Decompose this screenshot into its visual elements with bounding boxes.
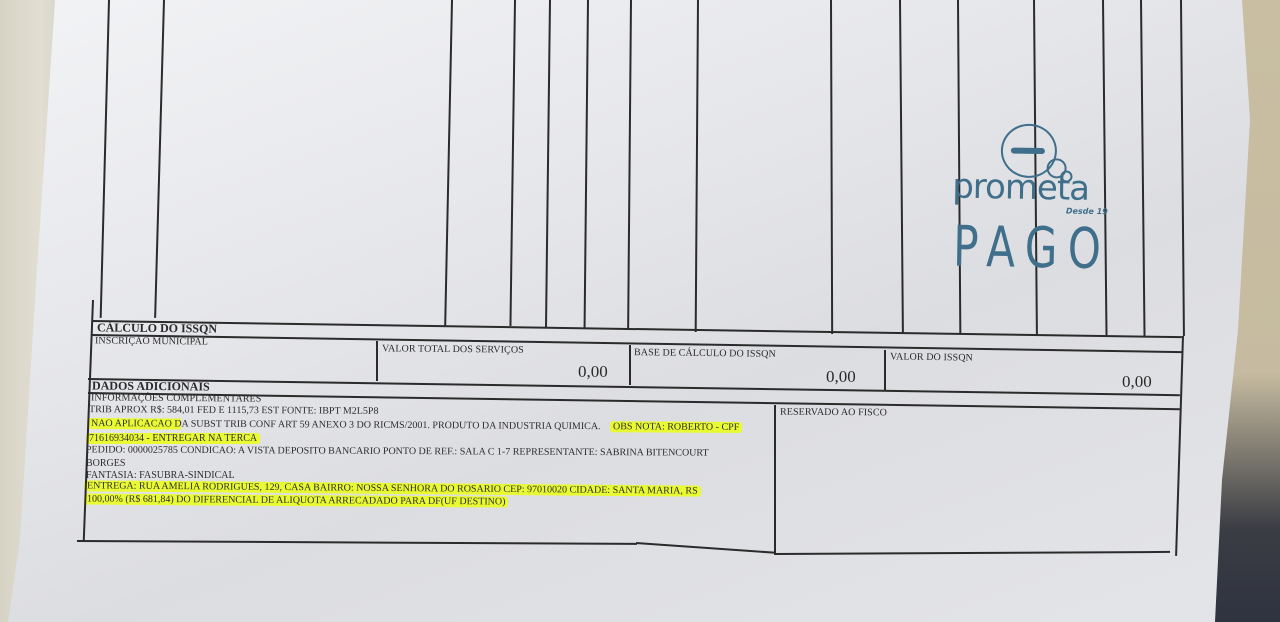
issqn-value: 0,00: [1122, 372, 1152, 392]
info-line-subst-trib: NAO APLICACAO DA SUBST TRIB CONF ART 59 …: [88, 418, 742, 433]
issqn-value-label: VALOR DO ISSQN: [890, 351, 973, 363]
table-column-line: [100, 0, 110, 318]
box-bottom-border: [77, 540, 637, 544]
invoice-paper: prometa Desde 19 PAGO CÁLCULO DO ISSQN I…: [0, 0, 1280, 622]
table-column-line: [154, 0, 164, 318]
section-divider: [92, 320, 1182, 338]
table-column-line: [899, 0, 903, 334]
info-line-order-cont: BORGES: [86, 458, 125, 469]
stamp-since: Desde 19: [1066, 206, 1108, 216]
field-divider: [884, 350, 886, 390]
table-column-line: [584, 0, 589, 328]
stamp-brand: prometa: [952, 167, 1090, 209]
table-column-line: [1180, 0, 1184, 336]
info-line-delivery-note: 71616934034 - ENTREGAR NA TERCA: [86, 433, 260, 444]
field-divider: [629, 345, 631, 385]
field-divider: [376, 341, 378, 381]
table-column-line: [545, 0, 551, 328]
info-line-order: PEDIDO: 0000025785 CONDICAO: A VISTA DEP…: [86, 444, 709, 458]
box-bottom-border: [775, 551, 1170, 555]
complementary-info-label: INFORMAÇÕES COMPLEMENTARES: [91, 392, 262, 404]
table-column-line: [627, 0, 631, 330]
issqn-base-value: 0,00: [826, 367, 856, 387]
table-column-line: [444, 0, 452, 326]
table-column-line: [1140, 0, 1145, 336]
info-line-tax-approx: TRIB APROX R$: 584,01 FED E 1115,73 EST …: [89, 404, 379, 417]
box-right-border: [1175, 336, 1183, 556]
municipal-registration-label: INSCRIÇÃO MUNICIPAL: [95, 335, 208, 347]
total-services-value: 0,00: [578, 362, 608, 382]
reserved-for-tax-label: RESERVADO AO FISCO: [780, 407, 887, 419]
aliquot-difference: 100,00% (R$ 681,84) DO DIFERENCIAL DE AL…: [84, 494, 509, 508]
obs-note: OBS NOTA: ROBERTO - CPF: [610, 421, 742, 433]
issqn-base-label: BASE DE CÁLCULO DO ISSQN: [634, 347, 776, 360]
reserved-divider: [774, 405, 776, 555]
table-column-line: [695, 0, 699, 332]
box-bottom-border: [636, 542, 776, 553]
table-column-line: [509, 0, 515, 326]
stamp-status: PAGO: [953, 215, 1112, 283]
total-services-label: VALOR TOTAL DOS SERVIÇOS: [382, 343, 524, 355]
cpf-delivery-note: 71616934034 - ENTREGAR NA TERCA: [86, 433, 260, 444]
info-line-fantasy-name: FANTASIA: FASUBRA-SINDICAL: [86, 470, 235, 481]
paid-stamp: prometa Desde 19 PAGO: [947, 116, 1130, 289]
info-line-aliquot: 100,00% (R$ 681,84) DO DIFERENCIAL DE AL…: [84, 494, 509, 508]
info-line-subst-trib-text: NAO APLICACAO DA SUBST TRIB CONF ART 59 …: [88, 418, 604, 432]
table-column-line: [830, 0, 833, 334]
